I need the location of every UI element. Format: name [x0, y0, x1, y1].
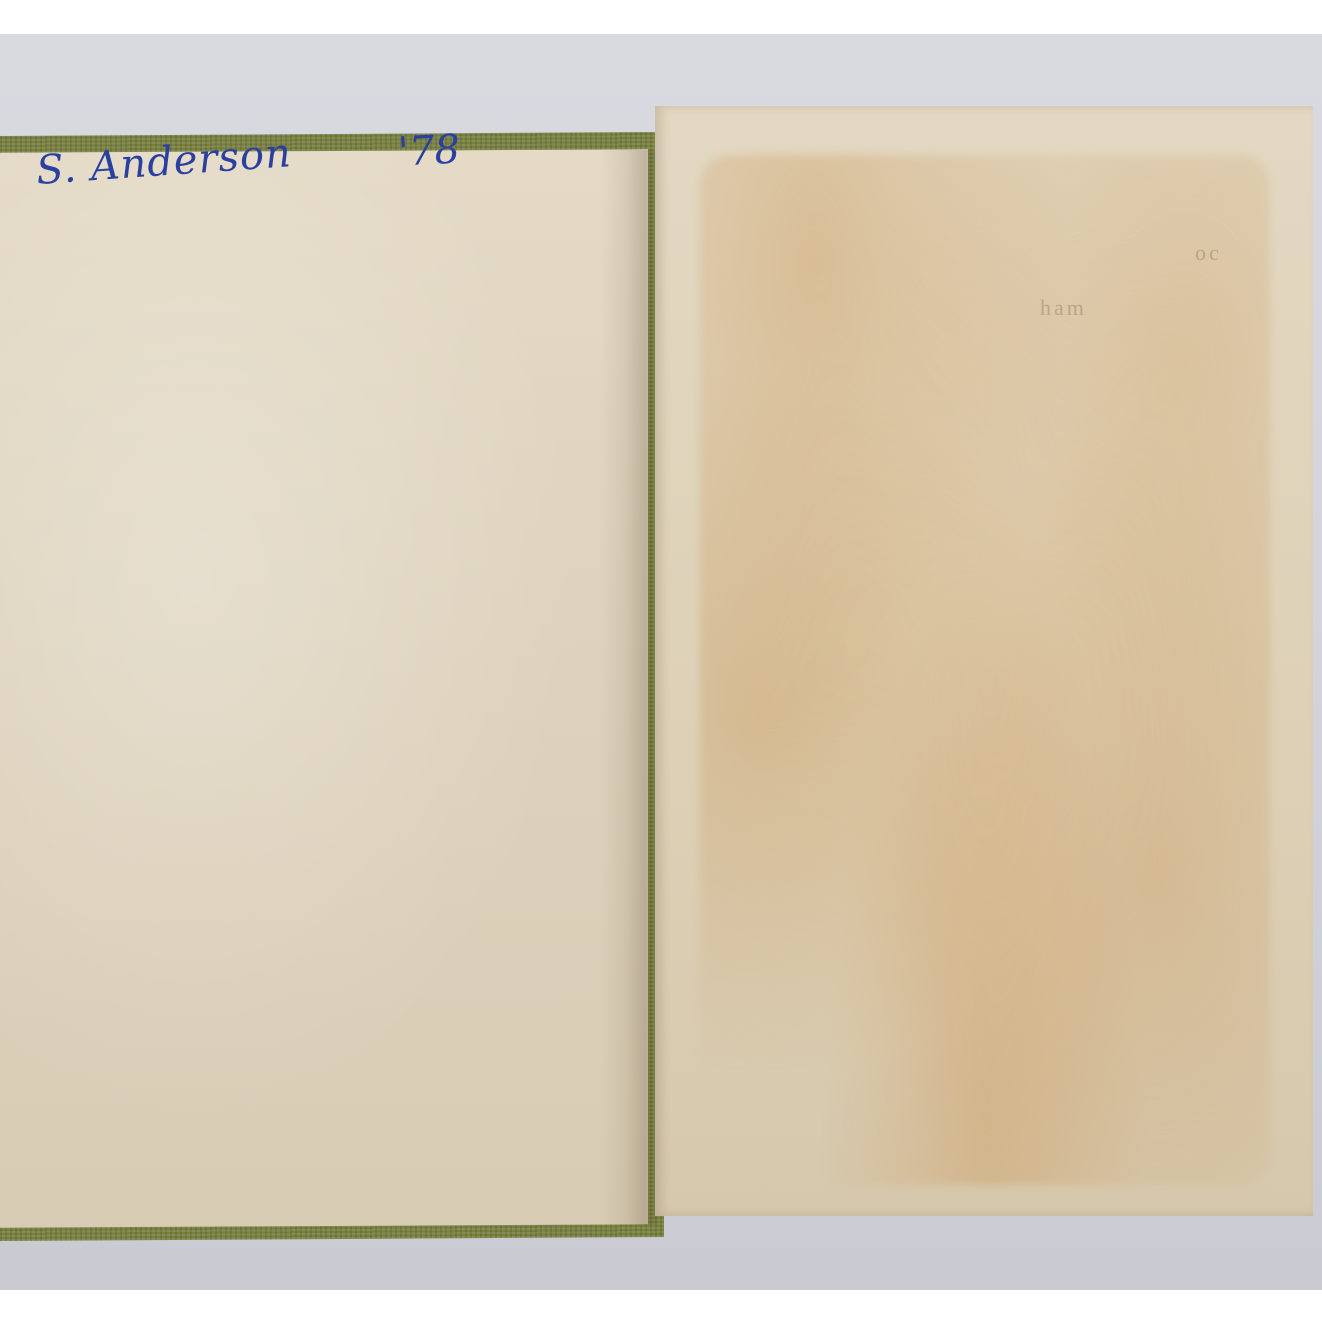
front-pastedown-page	[0, 149, 648, 1227]
show-through-text: oc	[1195, 240, 1222, 266]
show-through-text: ham	[1040, 295, 1087, 321]
foxing-stain	[700, 155, 1270, 1185]
handwritten-year: '78	[397, 126, 461, 175]
book-hinge-gutter	[600, 150, 658, 1225]
